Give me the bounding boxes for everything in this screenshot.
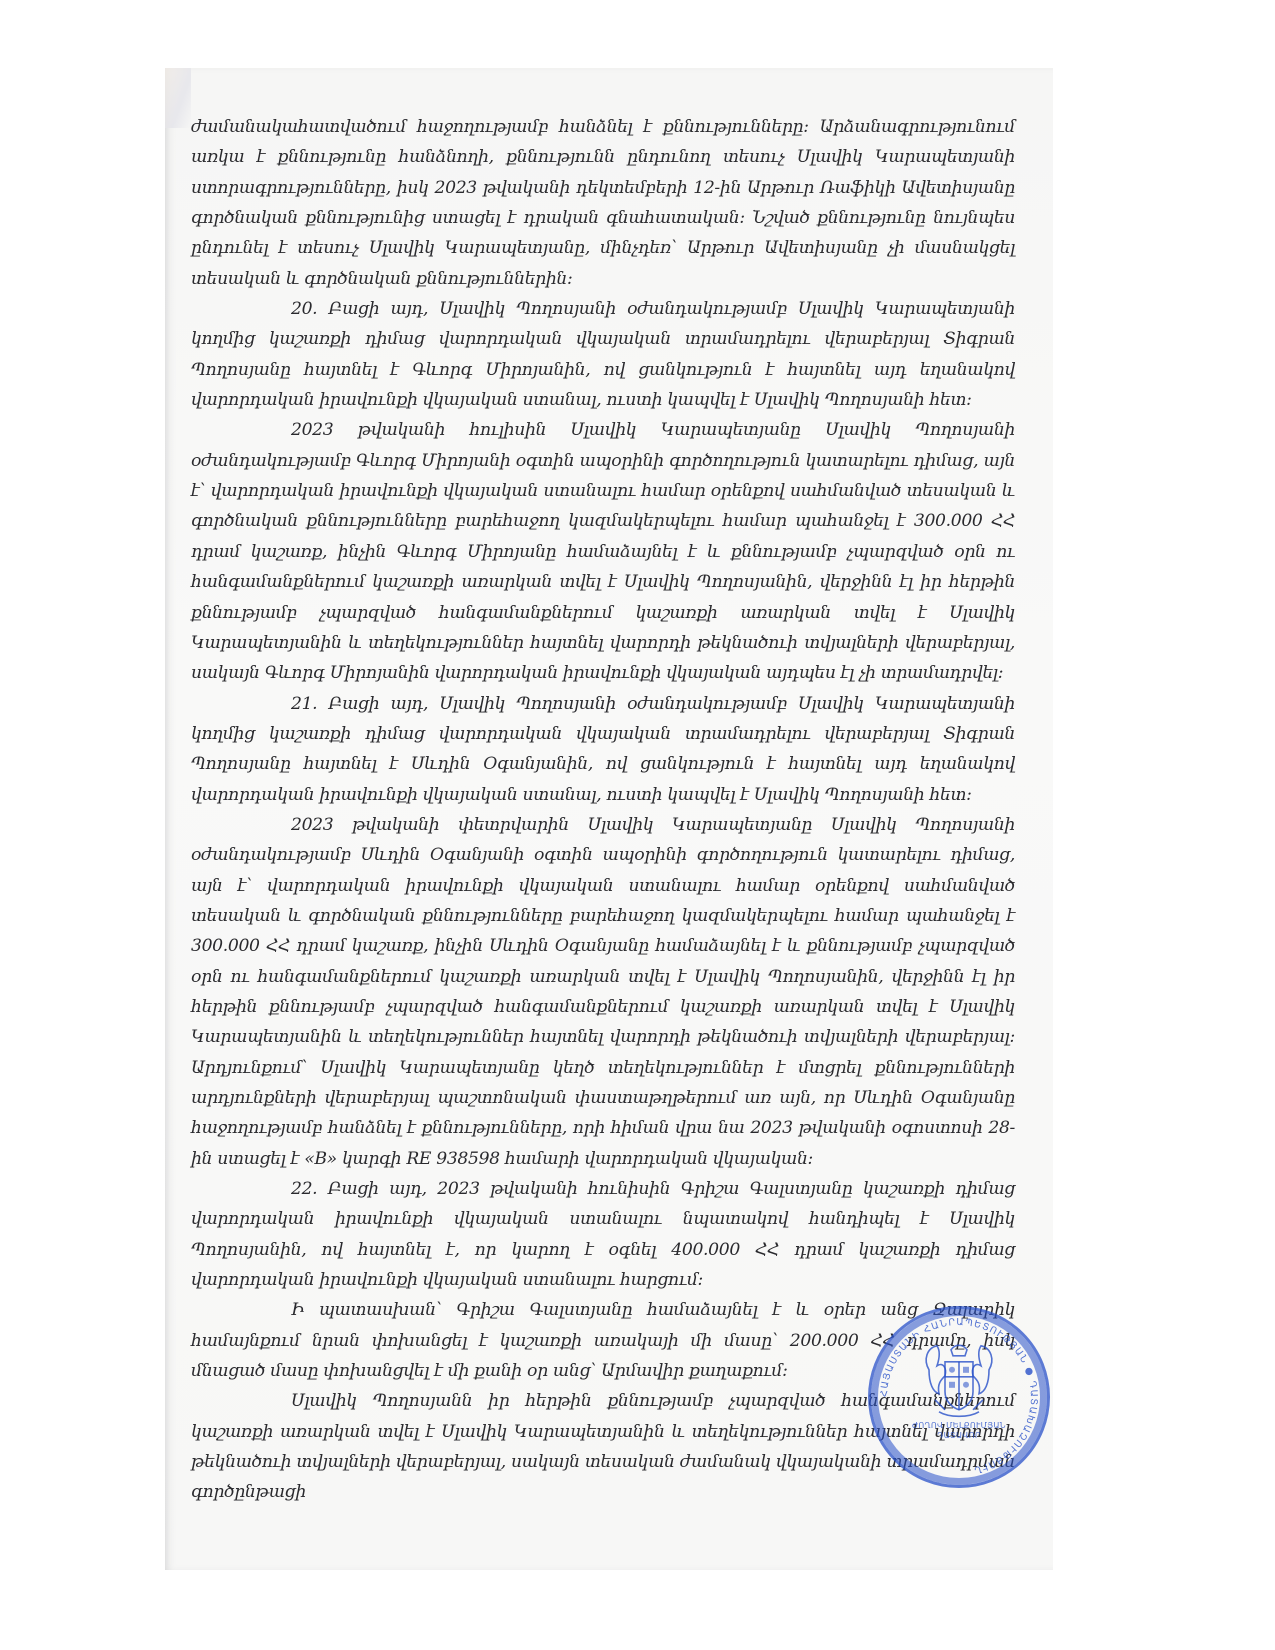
paragraph-20: 20. Բացի այդ, Սլավիկ Պողոսյանի օժանդակու… — [191, 294, 1015, 415]
paragraph-21-details: 2023 թվականի փետրվարին Սլավիկ Կարապետյան… — [191, 810, 1015, 1174]
paragraph-22-details: Սլավիկ Պողոսյանն իր հերթին քննությամբ չպ… — [191, 1386, 1015, 1507]
document-body: ժամանակահատվածում հաջողությամբ հանձնել է… — [191, 112, 1015, 1508]
paragraph-22: 22. Բացի այդ, 2023 թվականի հունիսին Գրիշ… — [191, 1174, 1015, 1295]
document-page: ժամանակահատվածում հաջողությամբ հանձնել է… — [165, 68, 1053, 1570]
paragraph-22-response: Ի պատասխան՝ Գրիշա Գալստյանը համաձայնել է… — [191, 1295, 1015, 1386]
paragraph-continuation: ժամանակահատվածում հաջողությամբ հանձնել է… — [191, 112, 1015, 294]
paragraph-20-details: 2023 թվականի հուլիսին Սլավիկ Կարապետյանը… — [191, 415, 1015, 688]
paragraph-21: 21. Բացի այդ, Սլավիկ Պողոսյանի օժանդակու… — [191, 689, 1015, 810]
